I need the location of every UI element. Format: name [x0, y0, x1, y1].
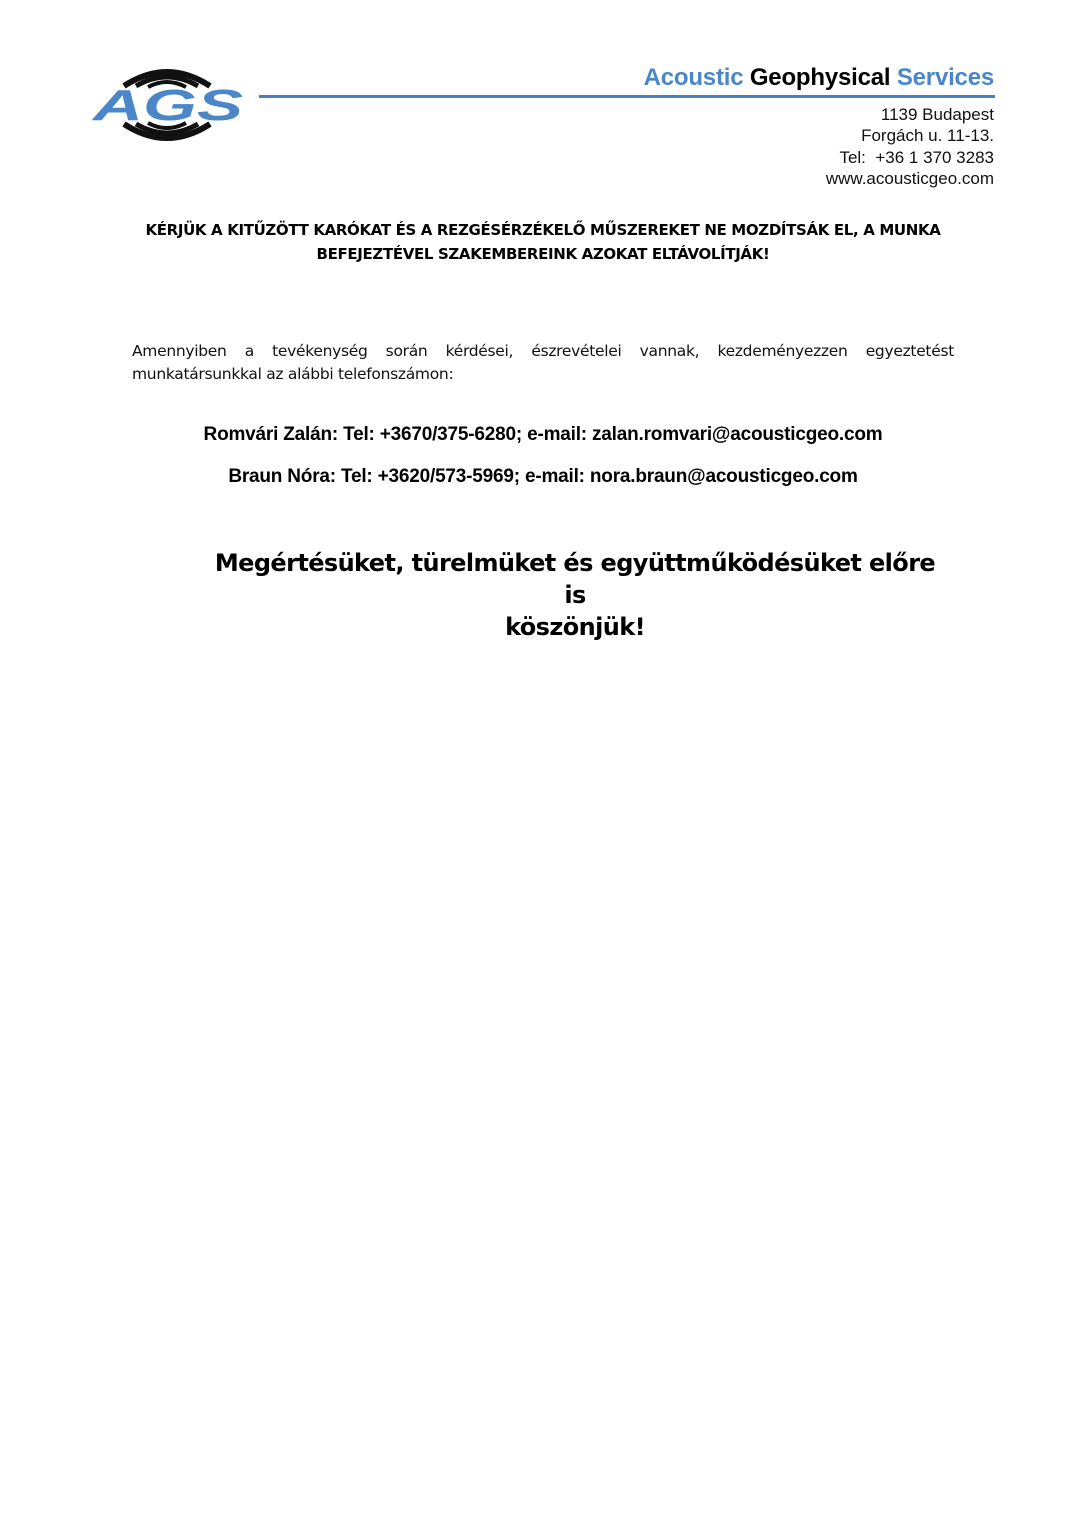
company-address: 1139 Budapest Forgách u. 11-13. Tel: +36… [826, 104, 994, 189]
intro-paragraph: Amennyiben a tevékenység során kérdései,… [132, 340, 954, 386]
thanks-line-2: köszönjük! [210, 611, 940, 643]
thanks-message: Megértésüket, türelmüket és együttműködé… [210, 547, 940, 643]
address-phone: Tel: +36 1 370 3283 [826, 147, 994, 168]
address-city: 1139 Budapest [826, 104, 994, 125]
warning-line-1: KÉRJÜK A KITŰZÖTT KARÓKAT ÉS A REZGÉSÉRZ… [120, 218, 966, 242]
header-divider [259, 95, 995, 98]
ags-logo-icon: AGS [88, 64, 246, 146]
company-name-services: Services [897, 64, 994, 91]
warning-notice: KÉRJÜK A KITŰZÖTT KARÓKAT ÉS A REZGÉSÉRZ… [120, 218, 966, 266]
contact-braun-nora: Braun Nóra: Tel: +3620/573-5969; e-mail:… [0, 466, 1086, 488]
company-name-acoustic: Acoustic [644, 64, 744, 91]
warning-line-2: BEFEJEZTÉVEL SZAKEMBEREINK AZOKAT ELTÁVO… [120, 242, 966, 266]
company-name: Acoustic Geophysical Services [644, 64, 994, 92]
address-website: www.acousticgeo.com [826, 168, 994, 189]
company-name-geophysical: Geophysical [750, 64, 891, 91]
company-logo: AGS [88, 64, 246, 146]
thanks-line-1: Megértésüket, türelmüket és együttműködé… [210, 547, 940, 611]
svg-text:AGS: AGS [91, 81, 243, 130]
address-street: Forgách u. 11-13. [826, 125, 994, 146]
contact-romvari-zalan: Romvári Zalán: Tel: +3670/375-6280; e-ma… [0, 424, 1086, 446]
